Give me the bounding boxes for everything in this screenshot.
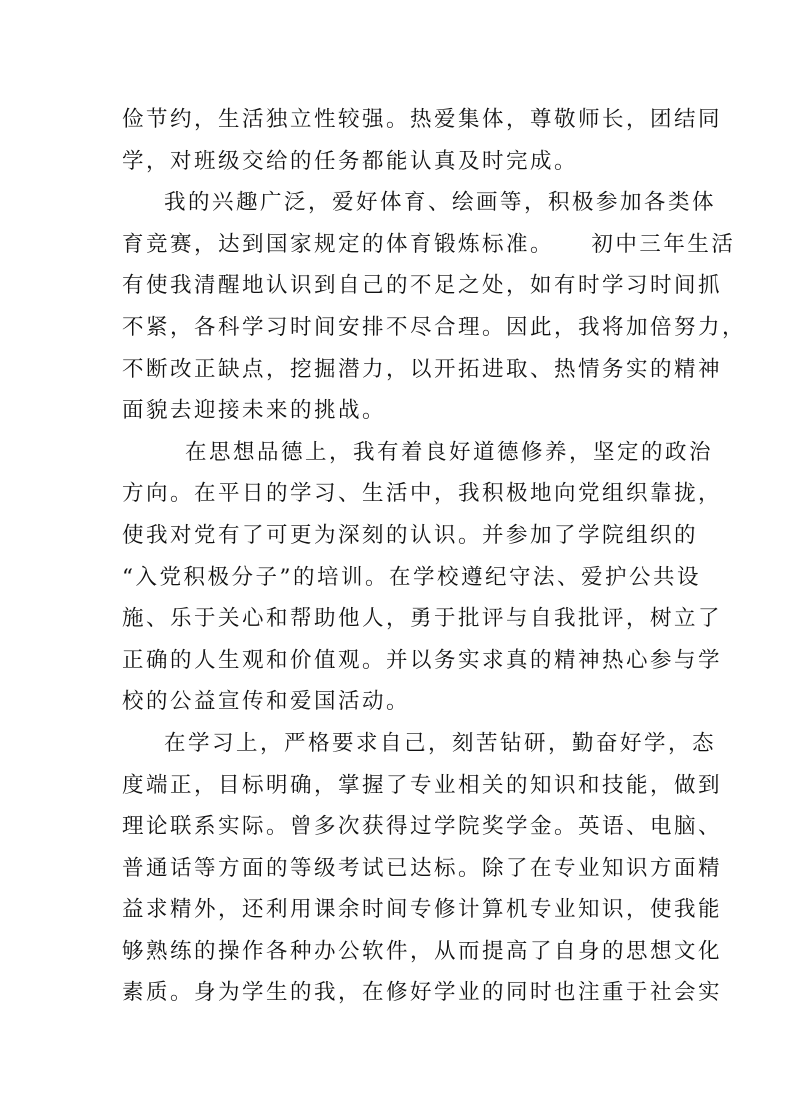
- document-body-text: 俭节约，生活独立性较强。热爱集体，尊敬师长，团结同 学，对班级交给的任务都能认真…: [122, 99, 682, 1014]
- text-line: 学，对班级交给的任务都能认真及时完成。: [122, 141, 682, 183]
- paragraph-start-line: 在学习上，严格要求自己，刻苦钻研，勤奋好学，态: [122, 723, 682, 765]
- text-line: 不紧，各科学习时间安排不尽合理。因此，我将加倍努力，: [122, 307, 682, 349]
- text-line: 面貌去迎接未来的挑战。: [122, 390, 682, 432]
- paragraph-start-line: 在思想品德上，我有着良好道德修养，坚定的政治: [122, 432, 682, 474]
- text-line: 不断改正缺点，挖掘潜力，以开拓进取、热情务实的精神: [122, 349, 682, 391]
- text-line: 益求精外，还利用课余时间专修计算机专业知识，使我能: [122, 889, 682, 931]
- text-line: 校的公益宣传和爱国活动。: [122, 681, 682, 723]
- text-line: “入党积极分子”的培训。在学校遵纪守法、爱护公共设: [122, 557, 682, 599]
- text-line: 够熟练的操作各种办公软件，从而提高了自身的思想文化: [122, 931, 682, 973]
- text-line: 方向。在平日的学习、生活中，我积极地向党组织靠拢，: [122, 473, 682, 515]
- text-line: 度端正，目标明确，掌握了专业相关的知识和技能，做到: [122, 765, 682, 807]
- text-line: 俭节约，生活独立性较强。热爱集体，尊敬师长，团结同: [122, 99, 682, 141]
- text-line: 使我对党有了可更为深刻的认识。并参加了学院组织的: [122, 515, 682, 557]
- text-line: 普通话等方面的等级考试已达标。除了在专业知识方面精: [122, 848, 682, 890]
- paragraph-start-line: 我的兴趣广泛，爱好体育、绘画等，积极参加各类体: [122, 182, 682, 224]
- document-page: 俭节约，生活独立性较强。热爱集体，尊敬师长，团结同 学，对班级交给的任务都能认真…: [0, 0, 792, 1120]
- text-line: 素质。身为学生的我，在修好学业的同时也注重于社会实: [122, 972, 682, 1014]
- text-line: 有使我清醒地认识到自己的不足之处，如有时学习时间抓: [122, 265, 682, 307]
- text-line: 育竞赛，达到国家规定的体育锻炼标准。 初中三年生活: [122, 224, 682, 266]
- text-line: 施、乐于关心和帮助他人，勇于批评与自我批评，树立了: [122, 598, 682, 640]
- text-line: 理论联系实际。曾多次获得过学院奖学金。英语、电脑、: [122, 806, 682, 848]
- text-line: 正确的人生观和价值观。并以务实求真的精神热心参与学: [122, 640, 682, 682]
